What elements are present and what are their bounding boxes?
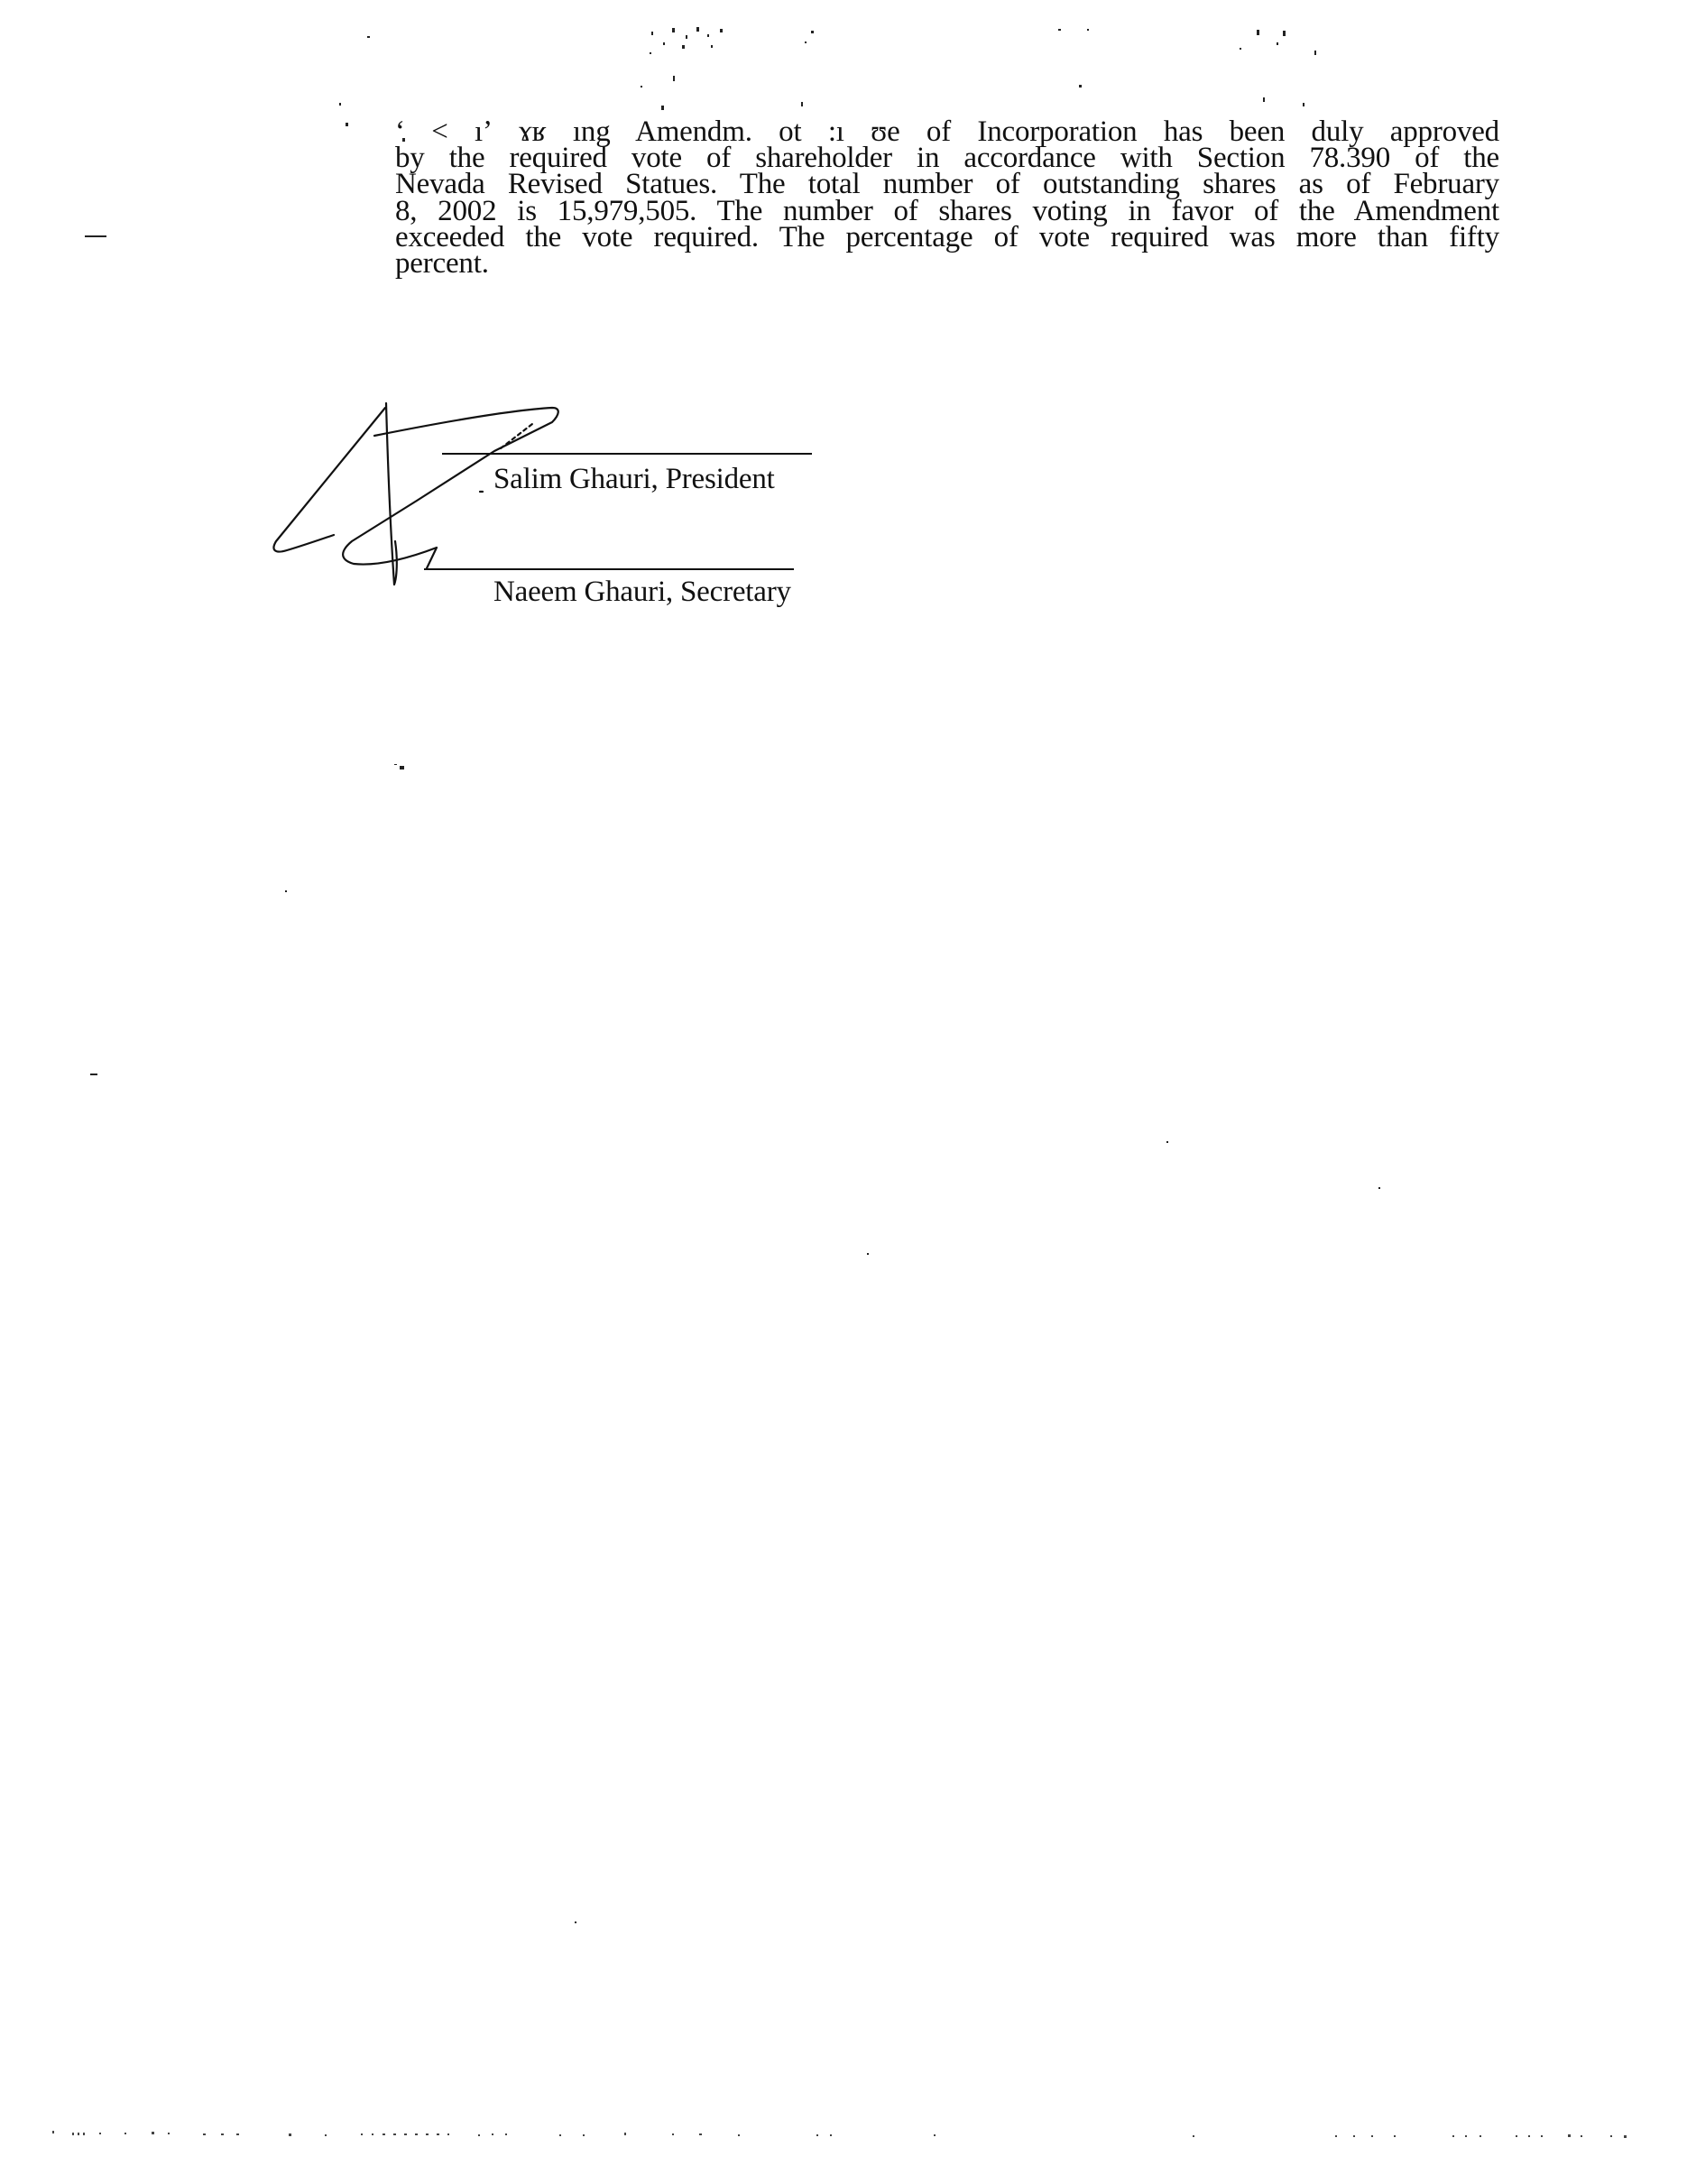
document-page: ʻ ˂ ıʼ ɤʁ ıng Amendm. ot :ı ʊe of Incorp… [0,0,1687,2184]
scan-overlay [0,0,1687,2184]
handwritten-signature-icon [273,403,558,585]
bottom-scan-noise [52,2131,1627,2138]
scan-specks [85,27,1380,1923]
